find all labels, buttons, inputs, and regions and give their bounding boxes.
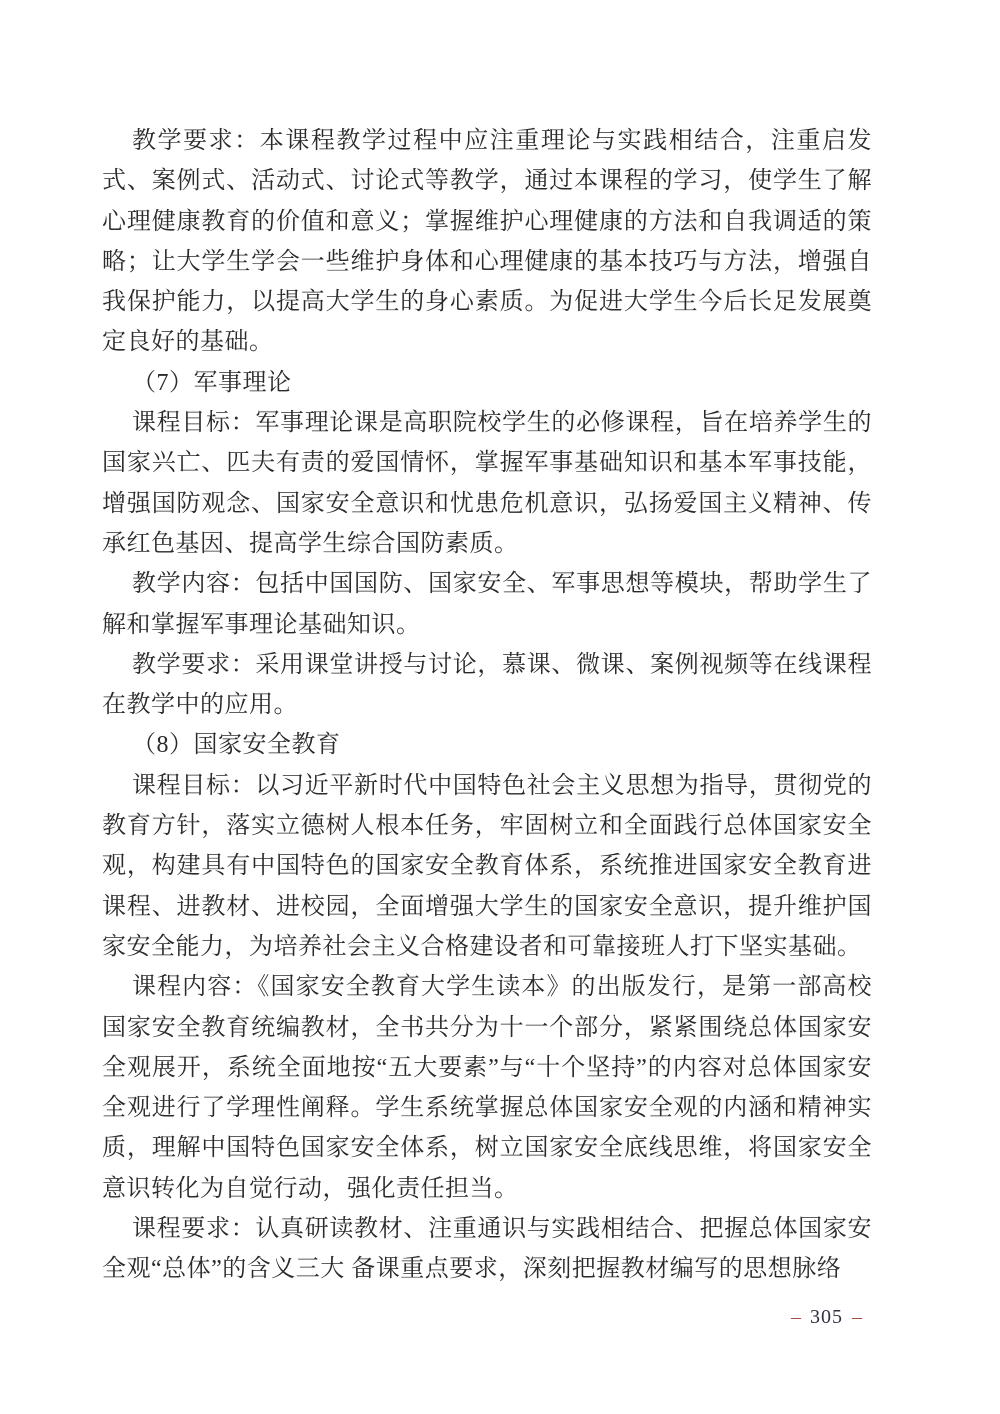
paragraph-course-requirements-national-security: 课程要求：认真研读教材、注重通识与实践相结合、把握总体国家安全观“总体”的含义三… <box>102 1209 872 1290</box>
page-number: 305 <box>810 1306 843 1328</box>
heading-course-8-national-security-education: （8）国家安全教育 <box>102 725 872 765</box>
paragraph-teaching-requirements-military-theory: 教学要求：采用课堂讲授与讨论，慕课、微课、案例视频等在线课程在教学中的应用。 <box>102 645 872 726</box>
paragraph-course-content-national-security: 课程内容：《国家安全教育大学生读本》的出版发行，是第一部高校国家安全教育统编教材… <box>102 967 872 1209</box>
paragraph-course-objectives-military-theory: 课程目标：军事理论课是高职院校学生的必修课程，旨在培养学生的国家兴亡、匹夫有责的… <box>102 403 872 564</box>
document-body: 教学要求：本课程教学过程中应注重理论与实践相结合，注重启发式、案例式、活动式、讨… <box>102 121 872 1290</box>
paragraph-course-objectives-national-security: 课程目标：以习近平新时代中国特色社会主义思想为指导，贯彻党的教育方针，落实立德树… <box>102 766 872 967</box>
footer-dash-right: – <box>852 1306 862 1328</box>
page-footer: –305– <box>791 1304 862 1330</box>
paragraph-teaching-requirements-mental-health: 教学要求：本课程教学过程中应注重理论与实践相结合，注重启发式、案例式、活动式、讨… <box>102 121 872 363</box>
paragraph-teaching-content-military-theory: 教学内容：包括中国国防、国家安全、军事思想等模块，帮助学生了解和掌握军事理论基础… <box>102 564 872 645</box>
heading-course-7-military-theory: （7）军事理论 <box>102 363 872 403</box>
document-page: 教学要求：本课程教学过程中应注重理论与实践相结合，注重启发式、案例式、活动式、讨… <box>0 0 1000 1414</box>
footer-dash-left: – <box>791 1306 801 1328</box>
